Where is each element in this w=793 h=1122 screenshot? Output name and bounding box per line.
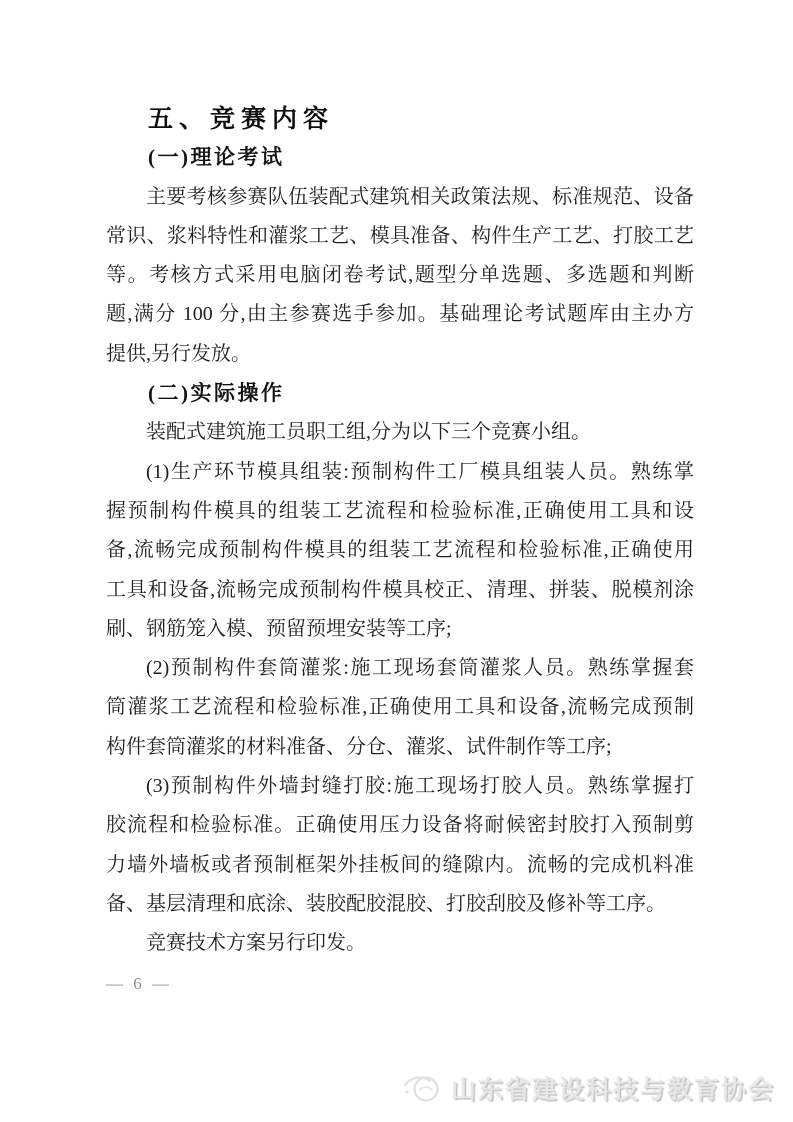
subheading: (一)理论考试 xyxy=(106,138,694,177)
page-number: — 6 — xyxy=(106,974,172,994)
text-line: 握预制构件模具的组装工艺流程和检验标准,正确使用工具和设 xyxy=(106,492,694,531)
text-line: 等。考核方式采用电脑闭卷考试,题型分单选题、多选题和判断 xyxy=(106,256,694,295)
text-line: 胶流程和检验标准。正确使用压力设备将耐候密封胶打入预制剪 xyxy=(106,806,694,845)
paragraph: (2)预制构件套筒灌浆:施工现场套筒灌浆人员。熟练掌握套筒灌浆工艺流程和检验标准… xyxy=(106,649,694,767)
paragraph: (3)预制构件外墙封缝打胶:施工现场打胶人员。熟练掌握打胶流程和检验标准。正确使… xyxy=(106,767,694,924)
text-line: (2)预制构件套筒灌浆:施工现场套筒灌浆人员。熟练掌握套 xyxy=(106,649,694,688)
paragraph: 主要考核参赛队伍装配式建筑相关政策法规、标准规范、设备常识、浆料特性和灌浆工艺、… xyxy=(106,178,694,374)
subheading: (二)实际操作 xyxy=(106,374,694,413)
text-line: 常识、浆料特性和灌浆工艺、模具准备、构件生产工艺、打胶工艺 xyxy=(106,217,694,256)
text-line: 装配式建筑施工员职工组,分为以下三个竞赛小组。 xyxy=(106,413,694,452)
text-line: 题,满分 100 分,由主参赛选手参加。基础理论考试题库由主办方 xyxy=(106,295,694,334)
paragraph: 竞赛技术方案另行印发。 xyxy=(106,924,694,963)
text-line: 备,流畅完成预制构件模具的组装工艺流程和检验标准,正确使用 xyxy=(106,531,694,570)
document-blocks: (一)理论考试主要考核参赛队伍装配式建筑相关政策法规、标准规范、设备常识、浆料特… xyxy=(106,138,694,963)
section-heading: 五、竞赛内容 xyxy=(106,99,694,138)
text-line: (1)生产环节模具组装:预制构件工厂模具组装人员。熟练掌 xyxy=(106,453,694,492)
paragraph: 装配式建筑施工员职工组,分为以下三个竞赛小组。 xyxy=(106,413,694,452)
document-body: 五、竞赛内容 (一)理论考试主要考核参赛队伍装配式建筑相关政策法规、标准规范、设… xyxy=(106,99,694,964)
watermark-text: 山东省建设科技与教育协会 xyxy=(451,1070,775,1106)
text-line: 构件套筒灌浆的材料准备、分仓、灌浆、试件制作等工序; xyxy=(106,728,694,767)
text-line: 提供,另行发放。 xyxy=(106,335,694,374)
text-line: 刷、钢筋笼入模、预留预埋安装等工序; xyxy=(106,610,694,649)
association-logo-icon xyxy=(400,1068,442,1108)
text-line: 竞赛技术方案另行印发。 xyxy=(106,924,694,963)
text-line: 力墙外墙板或者预制框架外挂板间的缝隙内。流畅的完成机料准 xyxy=(106,846,694,885)
text-line: 主要考核参赛队伍装配式建筑相关政策法规、标准规范、设备 xyxy=(106,178,694,217)
paragraph: (1)生产环节模具组装:预制构件工厂模具组装人员。熟练掌握预制构件模具的组装工艺… xyxy=(106,453,694,649)
text-line: 筒灌浆工艺流程和检验标准,正确使用工具和设备,流畅完成预制 xyxy=(106,688,694,727)
document-page: 五、竞赛内容 (一)理论考试主要考核参赛队伍装配式建筑相关政策法规、标准规范、设… xyxy=(0,0,793,1122)
watermark: 山东省建设科技与教育协会 xyxy=(400,1068,775,1108)
text-line: 备、基层清理和底涂、装胶配胶混胶、打胶刮胶及修补等工序。 xyxy=(106,885,694,924)
text-line: (3)预制构件外墙封缝打胶:施工现场打胶人员。熟练掌握打 xyxy=(106,767,694,806)
text-line: 工具和设备,流畅完成预制构件模具校正、清理、拼装、脱模剂涂 xyxy=(106,571,694,610)
